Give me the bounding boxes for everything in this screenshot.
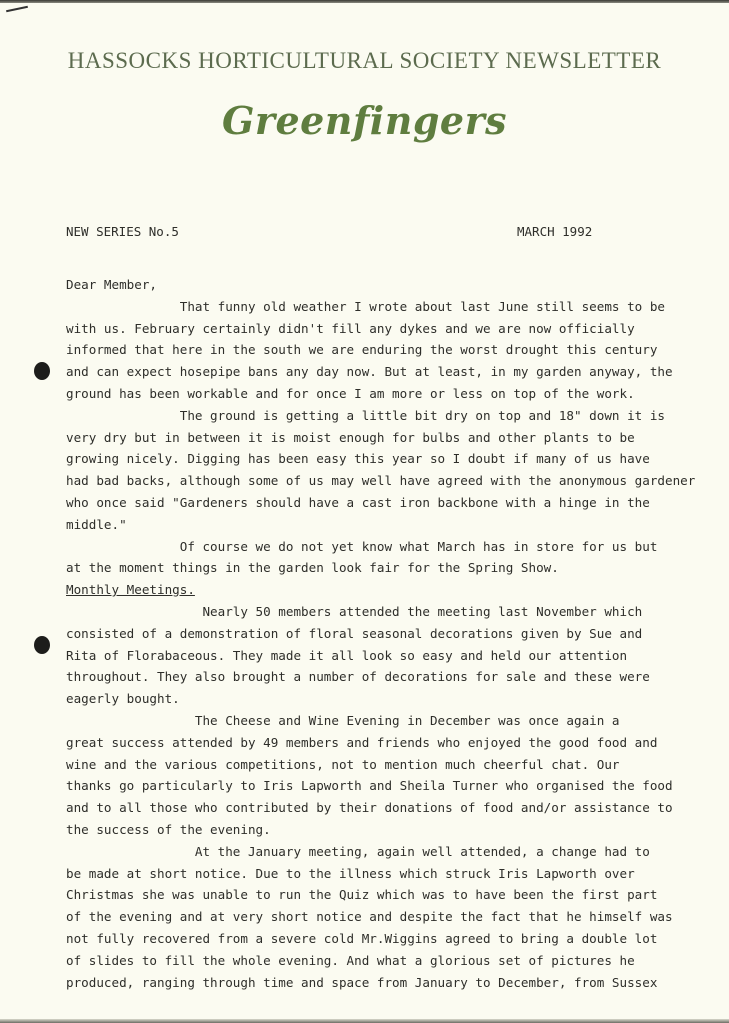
issue-series: NEW SERIES No.5 bbox=[66, 224, 179, 239]
text-line: At the January meeting, again well atten… bbox=[66, 841, 686, 863]
text-line: wine and the various competitions, not t… bbox=[66, 754, 686, 776]
text-line: thanks go particularly to Iris Lapworth … bbox=[66, 775, 686, 797]
hole-punch-icon bbox=[34, 362, 50, 380]
text-line: not fully recovered from a severe cold M… bbox=[66, 928, 686, 950]
text-line: and to all those who contributed by thei… bbox=[66, 797, 686, 819]
text-line: with us. February certainly didn't fill … bbox=[66, 318, 686, 340]
text-line: Rita of Florabaceous. They made it all l… bbox=[66, 645, 686, 667]
section-heading-monthly-meetings: Monthly Meetings. bbox=[66, 579, 686, 601]
text-line: consisted of a demonstration of floral s… bbox=[66, 623, 686, 645]
salutation: Dear Member, bbox=[66, 274, 686, 296]
text-line: The ground is getting a little bit dry o… bbox=[66, 405, 686, 427]
text-line: middle." bbox=[66, 514, 686, 536]
text-line: great success attended by 49 members and… bbox=[66, 732, 686, 754]
meeting-paragraphs: Nearly 50 members attended the meeting l… bbox=[66, 601, 686, 993]
text-line: growing nicely. Digging has been easy th… bbox=[66, 448, 686, 470]
text-line: produced, ranging through time and space… bbox=[66, 972, 686, 994]
paragraph: That funny old weather I wrote about las… bbox=[66, 296, 686, 405]
text-line: who once said "Gardeners should have a c… bbox=[66, 492, 686, 514]
text-line: throughout. They also brought a number o… bbox=[66, 666, 686, 688]
text-line: informed that here in the south we are e… bbox=[66, 339, 686, 361]
hole-punch-icon bbox=[34, 636, 50, 654]
paragraph: Nearly 50 members attended the meeting l… bbox=[66, 601, 686, 710]
text-line: That funny old weather I wrote about las… bbox=[66, 296, 686, 318]
page-bottom-edge bbox=[0, 1019, 729, 1023]
text-line: very dry but in between it is moist enou… bbox=[66, 427, 686, 449]
intro-paragraphs: That funny old weather I wrote about las… bbox=[66, 296, 686, 579]
text-line: Nearly 50 members attended the meeting l… bbox=[66, 601, 686, 623]
text-line: at the moment things in the garden look … bbox=[66, 557, 686, 579]
text-line: and can expect hosepipe bans any day now… bbox=[66, 361, 686, 383]
paragraph: Of course we do not yet know what March … bbox=[66, 536, 686, 580]
text-line: The Cheese and Wine Evening in December … bbox=[66, 710, 686, 732]
text-line: of slides to fill the whole evening. And… bbox=[66, 950, 686, 972]
newsletter-masthead: HASSOCKS HORTICULTURAL SOCIETY NEWSLETTE… bbox=[0, 48, 729, 74]
text-line: had bad backs, although some of us may w… bbox=[66, 470, 686, 492]
pencil-mark bbox=[6, 6, 28, 13]
paragraph: The Cheese and Wine Evening in December … bbox=[66, 710, 686, 841]
text-line: eagerly bought. bbox=[66, 688, 686, 710]
text-line: Of course we do not yet know what March … bbox=[66, 536, 686, 558]
newsletter-brand-title: Greenfingers bbox=[0, 98, 729, 143]
paragraph: The ground is getting a little bit dry o… bbox=[66, 405, 686, 536]
text-line: the success of the evening. bbox=[66, 819, 686, 841]
text-line: of the evening and at very short notice … bbox=[66, 906, 686, 928]
letter-body: Dear Member, That funny old weather I wr… bbox=[66, 274, 686, 993]
paragraph: At the January meeting, again well atten… bbox=[66, 841, 686, 994]
text-line: ground has been workable and for once I … bbox=[66, 383, 686, 405]
page-top-edge bbox=[0, 0, 729, 3]
text-line: be made at short notice. Due to the illn… bbox=[66, 863, 686, 885]
issue-date: MARCH 1992 bbox=[517, 224, 592, 239]
text-line: Christmas she was unable to run the Quiz… bbox=[66, 884, 686, 906]
